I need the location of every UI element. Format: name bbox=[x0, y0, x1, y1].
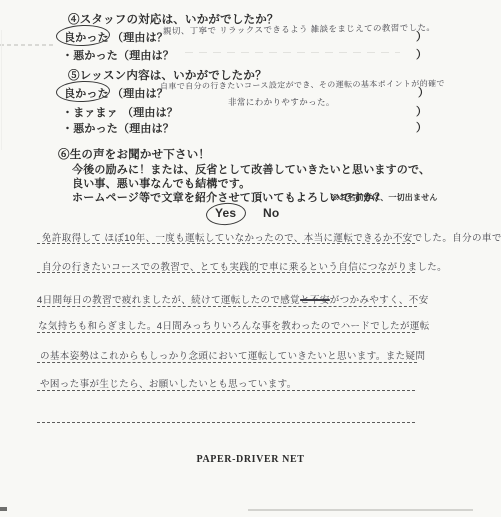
q5-option-soso-label: ・まァまァ bbox=[62, 104, 118, 120]
scan-artifact-bottom-left-mark bbox=[0, 507, 7, 511]
q4-bad-close-paren: ） bbox=[416, 46, 427, 62]
comment-line-3-post: がつかみやすく、不安 bbox=[330, 295, 429, 306]
q4-option-bad-label: ・悪かった bbox=[62, 47, 118, 63]
q5-option-good-label: 良かった bbox=[64, 85, 109, 101]
q5-option-bad-label: ・悪かった bbox=[62, 120, 118, 136]
scan-artifact-left-edge bbox=[1, 30, 2, 150]
q5-handwritten-reason-line2: 非常にわかりやすかった。 bbox=[228, 96, 335, 108]
q6-no-option: No bbox=[263, 206, 279, 220]
comment-line-3-pre: 4日間毎日の教習で疲れましたが、続けて運転したので感覚 bbox=[37, 295, 300, 306]
q4-option-good-label: 良かった bbox=[64, 29, 109, 45]
q4-handwritten-reason: 親切、丁寧で リラックスできるよう 雑談をまじえての教習でした。 bbox=[163, 21, 435, 37]
scanned-questionnaire-page: { "q4": { "title": "④スタッフの対応は、いかがでしたか？",… bbox=[0, 0, 501, 517]
scan-artifact-bottom-streak bbox=[248, 509, 473, 511]
comment-line-3-struck-word: と不安 bbox=[300, 295, 330, 306]
comment-line-1: 免許取得して ほぼ10年、一度も運転していなかったので、本当に運転できるか不安で… bbox=[42, 230, 501, 244]
q5-soso-reason-label: （理由は？ bbox=[122, 104, 178, 120]
comment-rule-6 bbox=[37, 390, 415, 391]
q4-bad-reason-label: （理由は？ bbox=[118, 47, 174, 63]
scan-artifact-mid-dashes bbox=[185, 52, 400, 53]
q5-good-close-paren: ） bbox=[418, 84, 429, 100]
comment-line-6: や困った事が生じたら、お願いしたいとも思っています。 bbox=[40, 376, 297, 390]
question-6-title: ⑥生の声をお聞かせ下さい！ bbox=[58, 146, 210, 162]
comment-rule-3 bbox=[37, 306, 417, 307]
comment-line-4: な気持ちも和らぎました。4日間みっちりいろんな事を教わったのでハードでしたが運転 bbox=[38, 318, 430, 332]
footer-brand: PAPER-DRIVER NET bbox=[0, 454, 501, 465]
q5-bad-reason-label: （理由は？ bbox=[118, 120, 174, 136]
q5-soso-close-paren: ） bbox=[416, 103, 427, 119]
scan-artifact-left-dashes bbox=[0, 44, 56, 46]
comment-rule-empty bbox=[37, 422, 415, 423]
comment-line-2: 自分の行きたいコースでの教習で、とても実践的で車に乗るという自信につながりました… bbox=[42, 259, 447, 273]
comment-rule-4 bbox=[37, 332, 415, 333]
q5-bad-close-paren: ） bbox=[416, 119, 427, 135]
comment-line-5: の基本姿勢はこれからもしっかり念頭において運転していきたいと思います。また疑問 bbox=[40, 348, 425, 362]
q4-good-reason-label: （理由は？ bbox=[112, 29, 168, 45]
q6-privacy-note: ※お名前等は、一切出ません bbox=[331, 192, 438, 203]
q6-yes-option: Yes bbox=[215, 206, 236, 220]
q4-good-close-paren: ） bbox=[416, 28, 427, 44]
comment-line-3: 4日間毎日の教習で疲れましたが、続けて運転したので感覚と不安がつかみやすく、不安 bbox=[37, 292, 429, 306]
q5-handwritten-reason-line1: 自車で自分の行きたいコース設定ができ、その運転の基本ポイントが的確で bbox=[160, 78, 445, 92]
comment-rule-5 bbox=[37, 362, 417, 363]
